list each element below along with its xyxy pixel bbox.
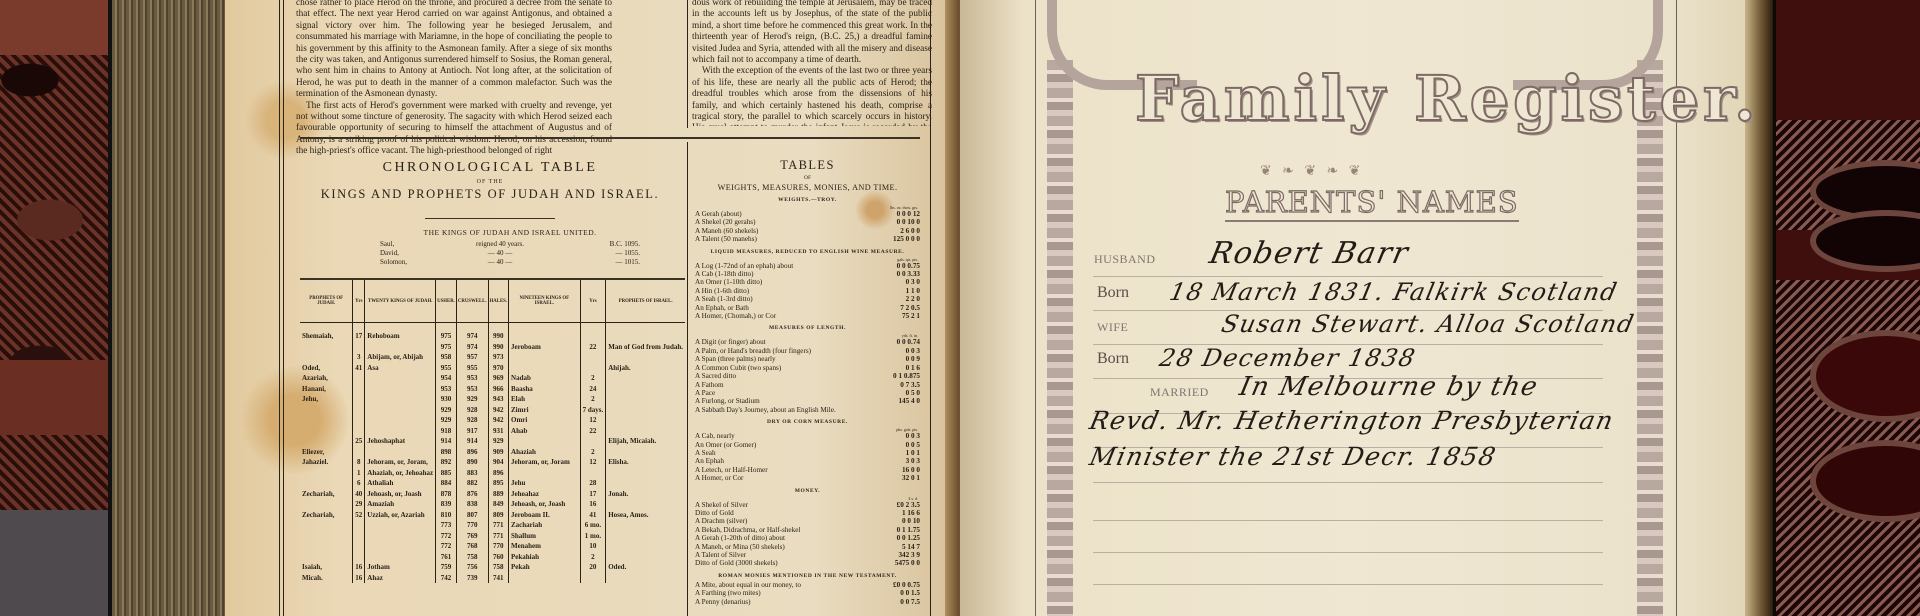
- measure-row: A Talent of Silver342 3 9: [695, 551, 920, 559]
- table-cell: Jonah.: [606, 489, 685, 500]
- measure-label: A Shekel of Silver: [695, 501, 872, 509]
- measure-label: A Sacred ditto: [695, 372, 872, 380]
- measure-row: A Farthing (two mites)0 0 1.5: [695, 589, 920, 597]
- table-cell: [509, 363, 581, 374]
- measure-row: A Penny (denarius)0 0 7.5: [695, 598, 920, 606]
- table-cell: 771: [488, 520, 508, 531]
- carpet-left: [0, 0, 110, 616]
- table-cell: [353, 415, 365, 426]
- table-cell: Elisha.: [606, 457, 685, 468]
- table-cell: 931: [488, 426, 508, 437]
- table-cell: Hosea, Amos.: [606, 510, 685, 521]
- table-cell: 772: [436, 531, 457, 542]
- table-cell: 770: [488, 541, 508, 552]
- table-cell: [300, 352, 353, 363]
- measure-value: 0 0 3: [872, 347, 920, 355]
- united-heading: THE KINGS OF JUDAH AND ISRAEL UNITED.: [380, 228, 640, 237]
- title-rule: [425, 218, 555, 219]
- table-cell: [606, 405, 685, 416]
- table-cell: Shemaiah,: [300, 323, 353, 342]
- measure-label: A Homer, or Cor: [695, 474, 872, 482]
- table-cell: Jehoram, or, Joram: [509, 457, 581, 468]
- measure-row: A Drachm (silver)0 0 10: [695, 517, 920, 525]
- table-cell: Micah.: [300, 573, 353, 584]
- united-row: Solomon, — 40 — — 1015.: [380, 258, 640, 267]
- measure-row: A Letech, or Half-Homer16 0 0: [695, 466, 920, 474]
- measure-row: An Ephah3 0 3: [695, 457, 920, 465]
- measure-value: 125 0 0 0: [872, 235, 920, 243]
- measure-value: 0 0 1.5: [872, 589, 920, 597]
- measure-label: A Gerah (1-20th of ditto) about: [695, 534, 872, 542]
- measure-row: An Ephah, or Bath7 2 0.5: [695, 304, 920, 312]
- table-cell: Abijam, or, Abijah: [365, 352, 436, 363]
- page-margin-rule: [283, 0, 284, 616]
- table-cell: 24: [580, 384, 606, 395]
- table-cell: 914: [436, 436, 457, 447]
- married-label: MARRIED: [1150, 385, 1209, 400]
- table-cell: Zimri: [509, 405, 581, 416]
- united-row: Saul, reigned 40 years. B.C. 1095.: [380, 240, 640, 249]
- table-cell: 3: [353, 352, 365, 363]
- table-cell: [365, 520, 436, 531]
- married-line-1: In Melbourne by the: [1237, 372, 1542, 402]
- table-cell: [606, 573, 685, 584]
- table-cell: 1 mo.: [580, 531, 606, 542]
- table-cell: 909: [488, 447, 508, 458]
- table-cell: Elijah, Micaiah.: [606, 436, 685, 447]
- kings-united-block: THE KINGS OF JUDAH AND ISRAEL UNITED. Sa…: [380, 228, 640, 267]
- husband-born-value: 18 March 1831. Falkirk Scotland: [1167, 278, 1620, 306]
- table-cell: [353, 405, 365, 416]
- table-cell: [509, 436, 581, 447]
- measure-row: A Hin (1-6th ditto)1 1 0: [695, 287, 920, 295]
- table-cell: Oded,: [300, 363, 353, 374]
- table-cell: Elah: [509, 394, 581, 405]
- table-cell: 954: [436, 373, 457, 384]
- table-cell: 889: [488, 489, 508, 500]
- paragraph: chose rather to place Herod on the thron…: [296, 0, 612, 101]
- table-cell: [606, 478, 685, 489]
- table-row: 773770771Zachariah6 mo.: [300, 520, 685, 531]
- table-cell: 890: [456, 457, 488, 468]
- table-cell: 942: [488, 415, 508, 426]
- measure-value: 1 16 6: [872, 509, 920, 517]
- section-heading: MONEY.: [695, 488, 920, 494]
- table-cell: Rehoboam: [365, 323, 436, 342]
- measure-value: 0 0 3.33: [872, 270, 920, 278]
- table-cell: 769: [456, 531, 488, 542]
- table-cell: 40: [353, 489, 365, 500]
- table-cell: 973: [488, 352, 508, 363]
- column-header: HALES.: [488, 280, 508, 323]
- carpet-band: [0, 360, 110, 435]
- table-cell: 929: [436, 405, 457, 416]
- measure-row: A Maneh, or Mina (50 shekels)5 14 7: [695, 543, 920, 551]
- table-cell: 8: [353, 457, 365, 468]
- chronological-table: PROPHETS OF JUDAH.YrsTWENTY KINGS OF JUD…: [300, 280, 685, 583]
- table-cell: 29: [353, 499, 365, 510]
- husband-born-label: Born: [1097, 284, 1129, 302]
- measure-value: 145 4 0: [872, 397, 920, 405]
- table-cell: 953: [436, 384, 457, 395]
- wife-label: WIFE: [1097, 320, 1128, 335]
- wife-born-value: 28 December 1838: [1157, 344, 1419, 372]
- table-cell: [353, 520, 365, 531]
- measure-label: Ditto of Gold (3000 shekels): [695, 559, 872, 567]
- measure-label: Ditto of Gold: [695, 509, 872, 517]
- measure-label: A Talent of Silver: [695, 551, 872, 559]
- table-cell: 930: [436, 394, 457, 405]
- table-cell: 892: [436, 457, 457, 468]
- paragraph: With the exception of the events of the …: [692, 66, 932, 126]
- measure-value: 0 0 5: [872, 441, 920, 449]
- measure-label: A Pace: [695, 389, 872, 397]
- king: Saul,: [380, 240, 450, 249]
- table-cell: 955: [436, 363, 457, 374]
- table-row: 25Jehoshaphat914914929Elijah, Micaiah.: [300, 436, 685, 447]
- table-cell: [300, 499, 353, 510]
- table-row: Shemaiah,17Rehoboam975974990: [300, 323, 685, 342]
- table-row: 975974990Jeroboam22Man of God from Judah…: [300, 342, 685, 353]
- table-cell: 16: [353, 562, 365, 573]
- table-cell: 25: [353, 436, 365, 447]
- table-cell: [300, 426, 353, 437]
- table-cell: Ahijah.: [606, 363, 685, 374]
- measure-row: A Homer, or Cor32 0 1: [695, 474, 920, 482]
- measure-value: 0 0 7.5: [872, 598, 920, 606]
- table-cell: Jehoshaphat: [365, 436, 436, 447]
- table-cell: [353, 426, 365, 437]
- measure-label: A Penny (denarius): [695, 598, 872, 606]
- table-cell: 2: [580, 552, 606, 563]
- table-cell: [606, 468, 685, 479]
- table-cell: [606, 415, 685, 426]
- measure-row: A Cab, nearly0 0 3: [695, 432, 920, 440]
- table-cell: [606, 373, 685, 384]
- measure-label: A Palm, or Hand's breadth (four fingers): [695, 347, 872, 355]
- table-cell: 942: [488, 405, 508, 416]
- ruled-line: [1093, 584, 1603, 585]
- section-heading: WEIGHTS.—TROY.: [695, 197, 920, 203]
- married-line-3: Minister the 21st Decr. 1858: [1087, 442, 1500, 471]
- table-cell: 953: [456, 384, 488, 395]
- measure-label: A Digit (or finger) about: [695, 338, 872, 346]
- column-header: CRUSWELL.: [456, 280, 488, 323]
- table-row: 761758760Pekahiah2: [300, 552, 685, 563]
- table-cell: 974: [456, 342, 488, 353]
- table-row: Eliezer,898896909Ahaziah2: [300, 447, 685, 458]
- measure-value: 5 14 7: [872, 543, 920, 551]
- table-cell: 914: [456, 436, 488, 447]
- table-cell: [353, 394, 365, 405]
- table-cell: [606, 541, 685, 552]
- measure-label: A Maneh, or Mina (50 shekels): [695, 543, 872, 551]
- measure-row: A Span (three palms) nearly0 0 9: [695, 355, 920, 363]
- table-cell: Jehu: [509, 478, 581, 489]
- measure-label: A Span (three palms) nearly: [695, 355, 872, 363]
- table-cell: [353, 552, 365, 563]
- measure-value: 0 1 6: [872, 364, 920, 372]
- table-cell: Jeroboam: [509, 342, 581, 353]
- measure-row: A Seah (1-3rd ditto)2 2 0: [695, 295, 920, 303]
- table-cell: Menahem: [509, 541, 581, 552]
- table-cell: 756: [456, 562, 488, 573]
- table-cell: 17: [353, 323, 365, 342]
- table-row: 1Ahaziah, or, Jehoahaz885883896: [300, 468, 685, 479]
- table-cell: 904: [488, 457, 508, 468]
- table-cell: 741: [488, 573, 508, 584]
- measure-row: An Omer (or Gomer)0 0 5: [695, 441, 920, 449]
- measure-row: A Digit (or finger) about0 0 0.74: [695, 338, 920, 346]
- table-cell: [580, 436, 606, 447]
- measure-label: A Farthing (two mites): [695, 589, 872, 597]
- table-row: Jehu,930929943Elah2: [300, 394, 685, 405]
- measure-row: A Sacred ditto0 1 0.875: [695, 372, 920, 380]
- measure-row: An Omer (1-10th ditto)0 3 0: [695, 278, 920, 286]
- table-cell: Uzziah, or, Azariah: [365, 510, 436, 521]
- tables-of: OF: [695, 175, 920, 181]
- table-cell: 898: [436, 447, 457, 458]
- table-cell: [365, 426, 436, 437]
- measure-value: 0 1 0.875: [872, 372, 920, 380]
- table-row: Zechariah,52Uzziah, or, Azariah810807809…: [300, 510, 685, 521]
- table-cell: 918: [436, 426, 457, 437]
- measure-row: A Seah1 0 1: [695, 449, 920, 457]
- table-cell: [365, 384, 436, 395]
- king: Solomon,: [380, 258, 450, 267]
- table-cell: [365, 541, 436, 552]
- measure-value: 16 0 0: [872, 466, 920, 474]
- left-body-text: chose rather to place Herod on the thron…: [296, 0, 612, 158]
- carpet-band: [0, 0, 110, 55]
- table-cell: 895: [488, 478, 508, 489]
- measure-row: A Maneh (60 shekels)2 6 0 0: [695, 227, 920, 235]
- table-cell: 2: [580, 373, 606, 384]
- table-cell: 807: [456, 510, 488, 521]
- table-cell: [580, 323, 606, 342]
- husband-label: HUSBAND: [1094, 252, 1156, 267]
- column-divider: [687, 0, 688, 128]
- ruled-line: [1093, 520, 1603, 521]
- weights-measures-tables: TABLES OF WEIGHTS, MEASURES, MONIES, AND…: [695, 158, 920, 606]
- measure-value: 0 0 9: [872, 355, 920, 363]
- table-cell: 838: [456, 499, 488, 510]
- column-header: Yrs: [580, 280, 606, 323]
- table-cell: [300, 541, 353, 552]
- married-line-2: Revd. Mr. Hetherington Presbyterian: [1087, 406, 1617, 435]
- of-the: OF THE: [280, 179, 700, 185]
- table-cell: 975: [436, 342, 457, 353]
- table-cell: 929: [436, 415, 457, 426]
- table-cell: Baasha: [509, 384, 581, 395]
- table-cell: [365, 447, 436, 458]
- measure-row: A Common Cubit (two spans)0 1 6: [695, 364, 920, 372]
- measure-label: An Omer (1-10th ditto): [695, 278, 872, 286]
- table-cell: Jahaziel.: [300, 457, 353, 468]
- measure-label: A Fathom: [695, 381, 872, 389]
- table-row: Hanani,953953966Baasha24: [300, 384, 685, 395]
- table-row: Jahaziel.8Jehoram, or, Joram,892890904Je…: [300, 457, 685, 468]
- table-row: 929928942Omri12: [300, 415, 685, 426]
- king: David,: [380, 249, 450, 258]
- table-row: Oded,41Asa955955970Ahijah.: [300, 363, 685, 374]
- table-cell: [606, 520, 685, 531]
- table-cell: Ahaz: [365, 573, 436, 584]
- table-cell: 760: [488, 552, 508, 563]
- table-cell: [353, 447, 365, 458]
- measure-value: 75 2 1: [872, 312, 920, 320]
- table-cell: 876: [456, 489, 488, 500]
- table-cell: Pekahiah: [509, 552, 581, 563]
- measure-row: A Talent (50 manehs)125 0 0 0: [695, 235, 920, 243]
- table-cell: 970: [488, 363, 508, 374]
- table-cell: 943: [488, 394, 508, 405]
- measure-row: A Gerah (about)0 0 0 12: [695, 210, 920, 218]
- table-cell: 7 days.: [580, 405, 606, 416]
- table-cell: [300, 436, 353, 447]
- measure-value: 0 0 3: [872, 432, 920, 440]
- table-cell: 878: [436, 489, 457, 500]
- table-cell: Nadab: [509, 373, 581, 384]
- table-cell: Eliezer,: [300, 447, 353, 458]
- table-cell: Jeroboam II.: [509, 510, 581, 521]
- table-cell: 839: [436, 499, 457, 510]
- table-cell: 758: [488, 562, 508, 573]
- measure-label: A Seah (1-3rd ditto): [695, 295, 872, 303]
- measure-label: A Gerah (about): [695, 210, 872, 218]
- table-cell: 41: [580, 510, 606, 521]
- table-cell: [365, 415, 436, 426]
- table-cell: 917: [456, 426, 488, 437]
- measure-value: 0 0 0.75: [872, 262, 920, 270]
- table-cell: [353, 342, 365, 353]
- table-cell: [300, 531, 353, 542]
- column-header: PROPHETS OF ISRAEL.: [606, 280, 685, 323]
- table-row: Micah.16Ahaz742739741: [300, 573, 685, 584]
- measure-row: A Mite, about equal in our money, to£0 0…: [695, 581, 920, 589]
- table-cell: Omri: [509, 415, 581, 426]
- measure-label: A Cab, nearly: [695, 432, 872, 440]
- table-cell: Zachariah: [509, 520, 581, 531]
- table-cell: [365, 552, 436, 563]
- table-cell: Zechariah,: [300, 489, 353, 500]
- measure-label: A Mite, about equal in our money, to: [695, 581, 872, 589]
- measure-row: A Furlong, or Stadium145 4 0: [695, 397, 920, 405]
- table-cell: 768: [456, 541, 488, 552]
- table-cell: [509, 573, 581, 584]
- table-cell: 22: [580, 342, 606, 353]
- table-cell: [509, 468, 581, 479]
- table-cell: Asa: [365, 363, 436, 374]
- table-cell: 17: [580, 489, 606, 500]
- measure-value: 0 5 0: [872, 389, 920, 397]
- table-cell: [365, 531, 436, 542]
- table-cell: 12: [580, 415, 606, 426]
- measure-row: A Palm, or Hand's breadth (four fingers)…: [695, 347, 920, 355]
- table-cell: 2: [580, 394, 606, 405]
- table-cell: [606, 394, 685, 405]
- measure-label: A Drachm (silver): [695, 517, 872, 525]
- table-cell: Ahaziah: [509, 447, 581, 458]
- column-header: TWENTY KINGS OF JUDAH.: [365, 280, 436, 323]
- ornament-divider: ❦ ❧ ❦ ❧ ❦: [1260, 163, 1363, 179]
- parents-names-heading: PARENTS' NAMES: [1225, 185, 1519, 222]
- table-row: 918917931Ahab22: [300, 426, 685, 437]
- table-cell: 28: [580, 478, 606, 489]
- table-cell: [580, 573, 606, 584]
- measure-row: Ditto of Gold1 16 6: [695, 509, 920, 517]
- table-cell: [353, 373, 365, 384]
- table-cell: [580, 363, 606, 374]
- table-cell: Zechariah,: [300, 510, 353, 521]
- table-cell: 929: [488, 436, 508, 447]
- right-column-text: dous work of rebuilding the temple at Je…: [692, 0, 932, 126]
- border-scroll-band-right: [1637, 60, 1663, 616]
- measure-value: 1 1 0: [872, 287, 920, 295]
- measure-value: [872, 406, 920, 414]
- section-heading: ROMAN MONIES MENTIONED IN THE NEW TESTAM…: [695, 573, 920, 579]
- table-cell: [509, 352, 581, 363]
- table-cell: Azariah,: [300, 373, 353, 384]
- measure-label: An Omer (or Gomer): [695, 441, 872, 449]
- table-cell: Jehoahaz: [509, 489, 581, 500]
- tables-subtitle: WEIGHTS, MEASURES, MONIES, AND TIME.: [695, 183, 920, 192]
- book-page-edges-left: [108, 0, 232, 616]
- border-scroll-band-left: [1047, 60, 1073, 616]
- measure-label: A Common Cubit (two spans): [695, 364, 872, 372]
- table-cell: Jotham: [365, 562, 436, 573]
- measure-value: 342 3 9: [872, 551, 920, 559]
- family-register-title: Family Register.: [1135, 62, 1760, 135]
- subtitle: KINGS AND PROPHETS OF JUDAH AND ISRAEL.: [280, 187, 700, 202]
- united-row: David, — 40 — — 1055.: [380, 249, 640, 258]
- reign: reigned 40 years.: [450, 240, 550, 249]
- date: — 1015.: [550, 258, 640, 267]
- measure-label: A Bekah, Didrachma, or Half-shekel: [695, 526, 872, 534]
- table-cell: Ahaziah, or, Jehoahaz: [365, 468, 436, 479]
- table-cell: Man of God from Judah.: [606, 342, 685, 353]
- table-cell: 759: [436, 562, 457, 573]
- table-cell: [300, 342, 353, 353]
- table-cell: Isaiah,: [300, 562, 353, 573]
- table-row: Azariah,954953969Nadab2: [300, 373, 685, 384]
- measure-row: A Shekel (20 gerahs)0 0 10 0: [695, 218, 920, 226]
- table-cell: 761: [436, 552, 457, 563]
- table-cell: 770: [456, 520, 488, 531]
- measure-row: A Homer, (Chomah,) or Cor75 2 1: [695, 312, 920, 320]
- column-header: PROPHETS OF JUDAH.: [300, 280, 353, 323]
- table-cell: 810: [436, 510, 457, 521]
- table-row: 6Athaliah884882895Jehu28: [300, 478, 685, 489]
- measure-row: A Sabbath Day's Journey, about an Englis…: [695, 406, 920, 414]
- measure-row: A Pace0 5 0: [695, 389, 920, 397]
- table-cell: 809: [488, 510, 508, 521]
- measure-value: 1 0 1: [872, 449, 920, 457]
- table-cell: 2: [580, 447, 606, 458]
- section-heading: MEASURES OF LENGTH.: [695, 325, 920, 331]
- ruled-line: [1093, 552, 1603, 553]
- table-cell: [580, 352, 606, 363]
- paragraph: dous work of rebuilding the temple at Je…: [692, 0, 932, 66]
- table-cell: [353, 541, 365, 552]
- wife-born-label: Born: [1097, 350, 1129, 368]
- table-cell: [365, 373, 436, 384]
- table-cell: 52: [353, 510, 365, 521]
- carpet-band: [0, 510, 110, 616]
- table-cell: 12: [580, 457, 606, 468]
- wife-name: Susan Stewart. Alloa Scotland: [1219, 310, 1637, 338]
- reign: — 40 —: [450, 258, 550, 267]
